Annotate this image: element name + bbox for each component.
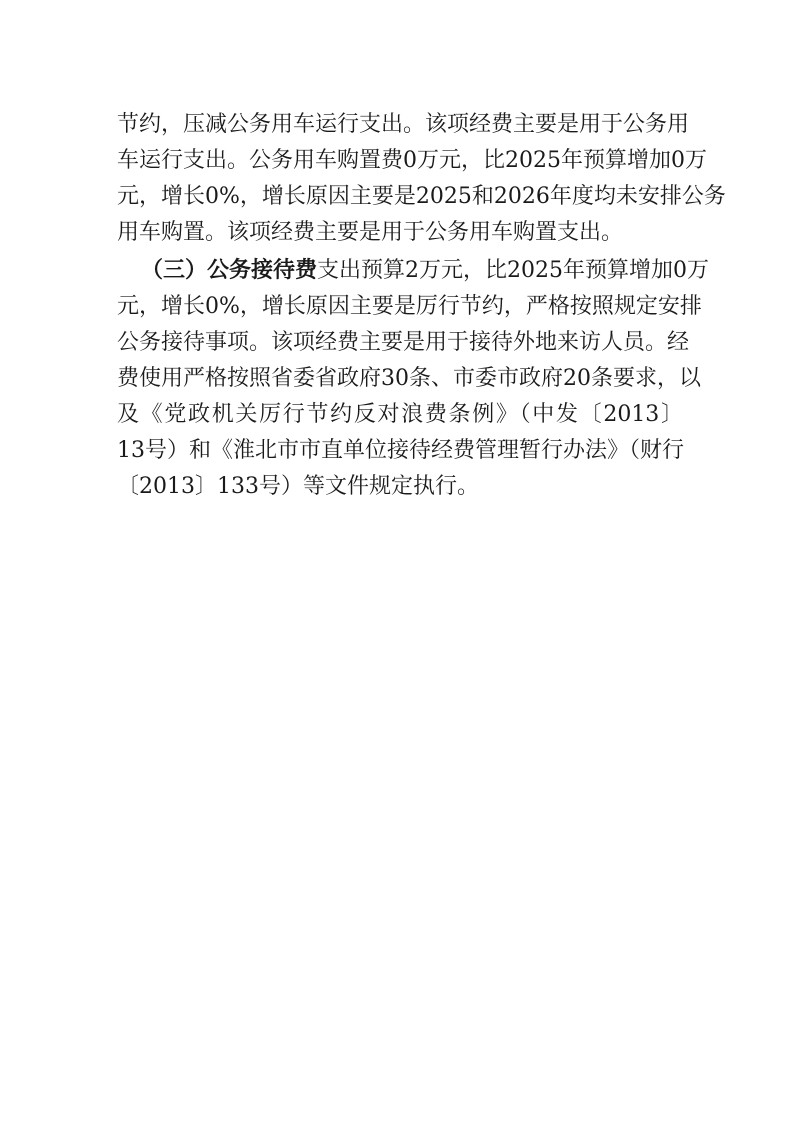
heading-continuation: 支出预算2万元，比2025年预算增加0万	[317, 258, 709, 283]
text-line: 费使用严格按照省委省政府30条、市委市政府20条要求，以	[117, 361, 683, 397]
text-line: 节约，压减公务用车运行支出。该项经费主要是用于公务用	[117, 107, 683, 143]
document-page: 节约，压减公务用车运行支出。该项经费主要是用于公务用 车运行支出。公务用车购置费…	[0, 0, 793, 1122]
text-line: 车运行支出。公务用车购置费0万元，比2025年预算增加0万	[117, 143, 683, 179]
text-line: 13号）和《淮北市市直单位接待经费管理暂行办法》（财行	[117, 433, 683, 469]
text-line: （三）公务接待费支出预算2万元，比2025年预算增加0万	[117, 253, 683, 289]
text-line: 用车购置。该项经费主要是用于公务用车购置支出。	[117, 215, 683, 251]
text-line: 元，增长0%，增长原因主要是2025和2026年度均未安排公务	[117, 179, 683, 215]
text-line: 〔2013〕133号）等文件规定执行。	[117, 469, 683, 505]
text-line: 公务接待事项。该项经费主要是用于接待外地来访人员。经	[117, 325, 683, 361]
section-heading: （三）公务接待费	[141, 258, 317, 283]
text-line: 元，增长0%，增长原因主要是厉行节约，严格按照规定安排	[117, 289, 683, 325]
text-line: 及《党政机关厉行节约反对浪费条例》（中发〔2013〕	[117, 397, 683, 433]
